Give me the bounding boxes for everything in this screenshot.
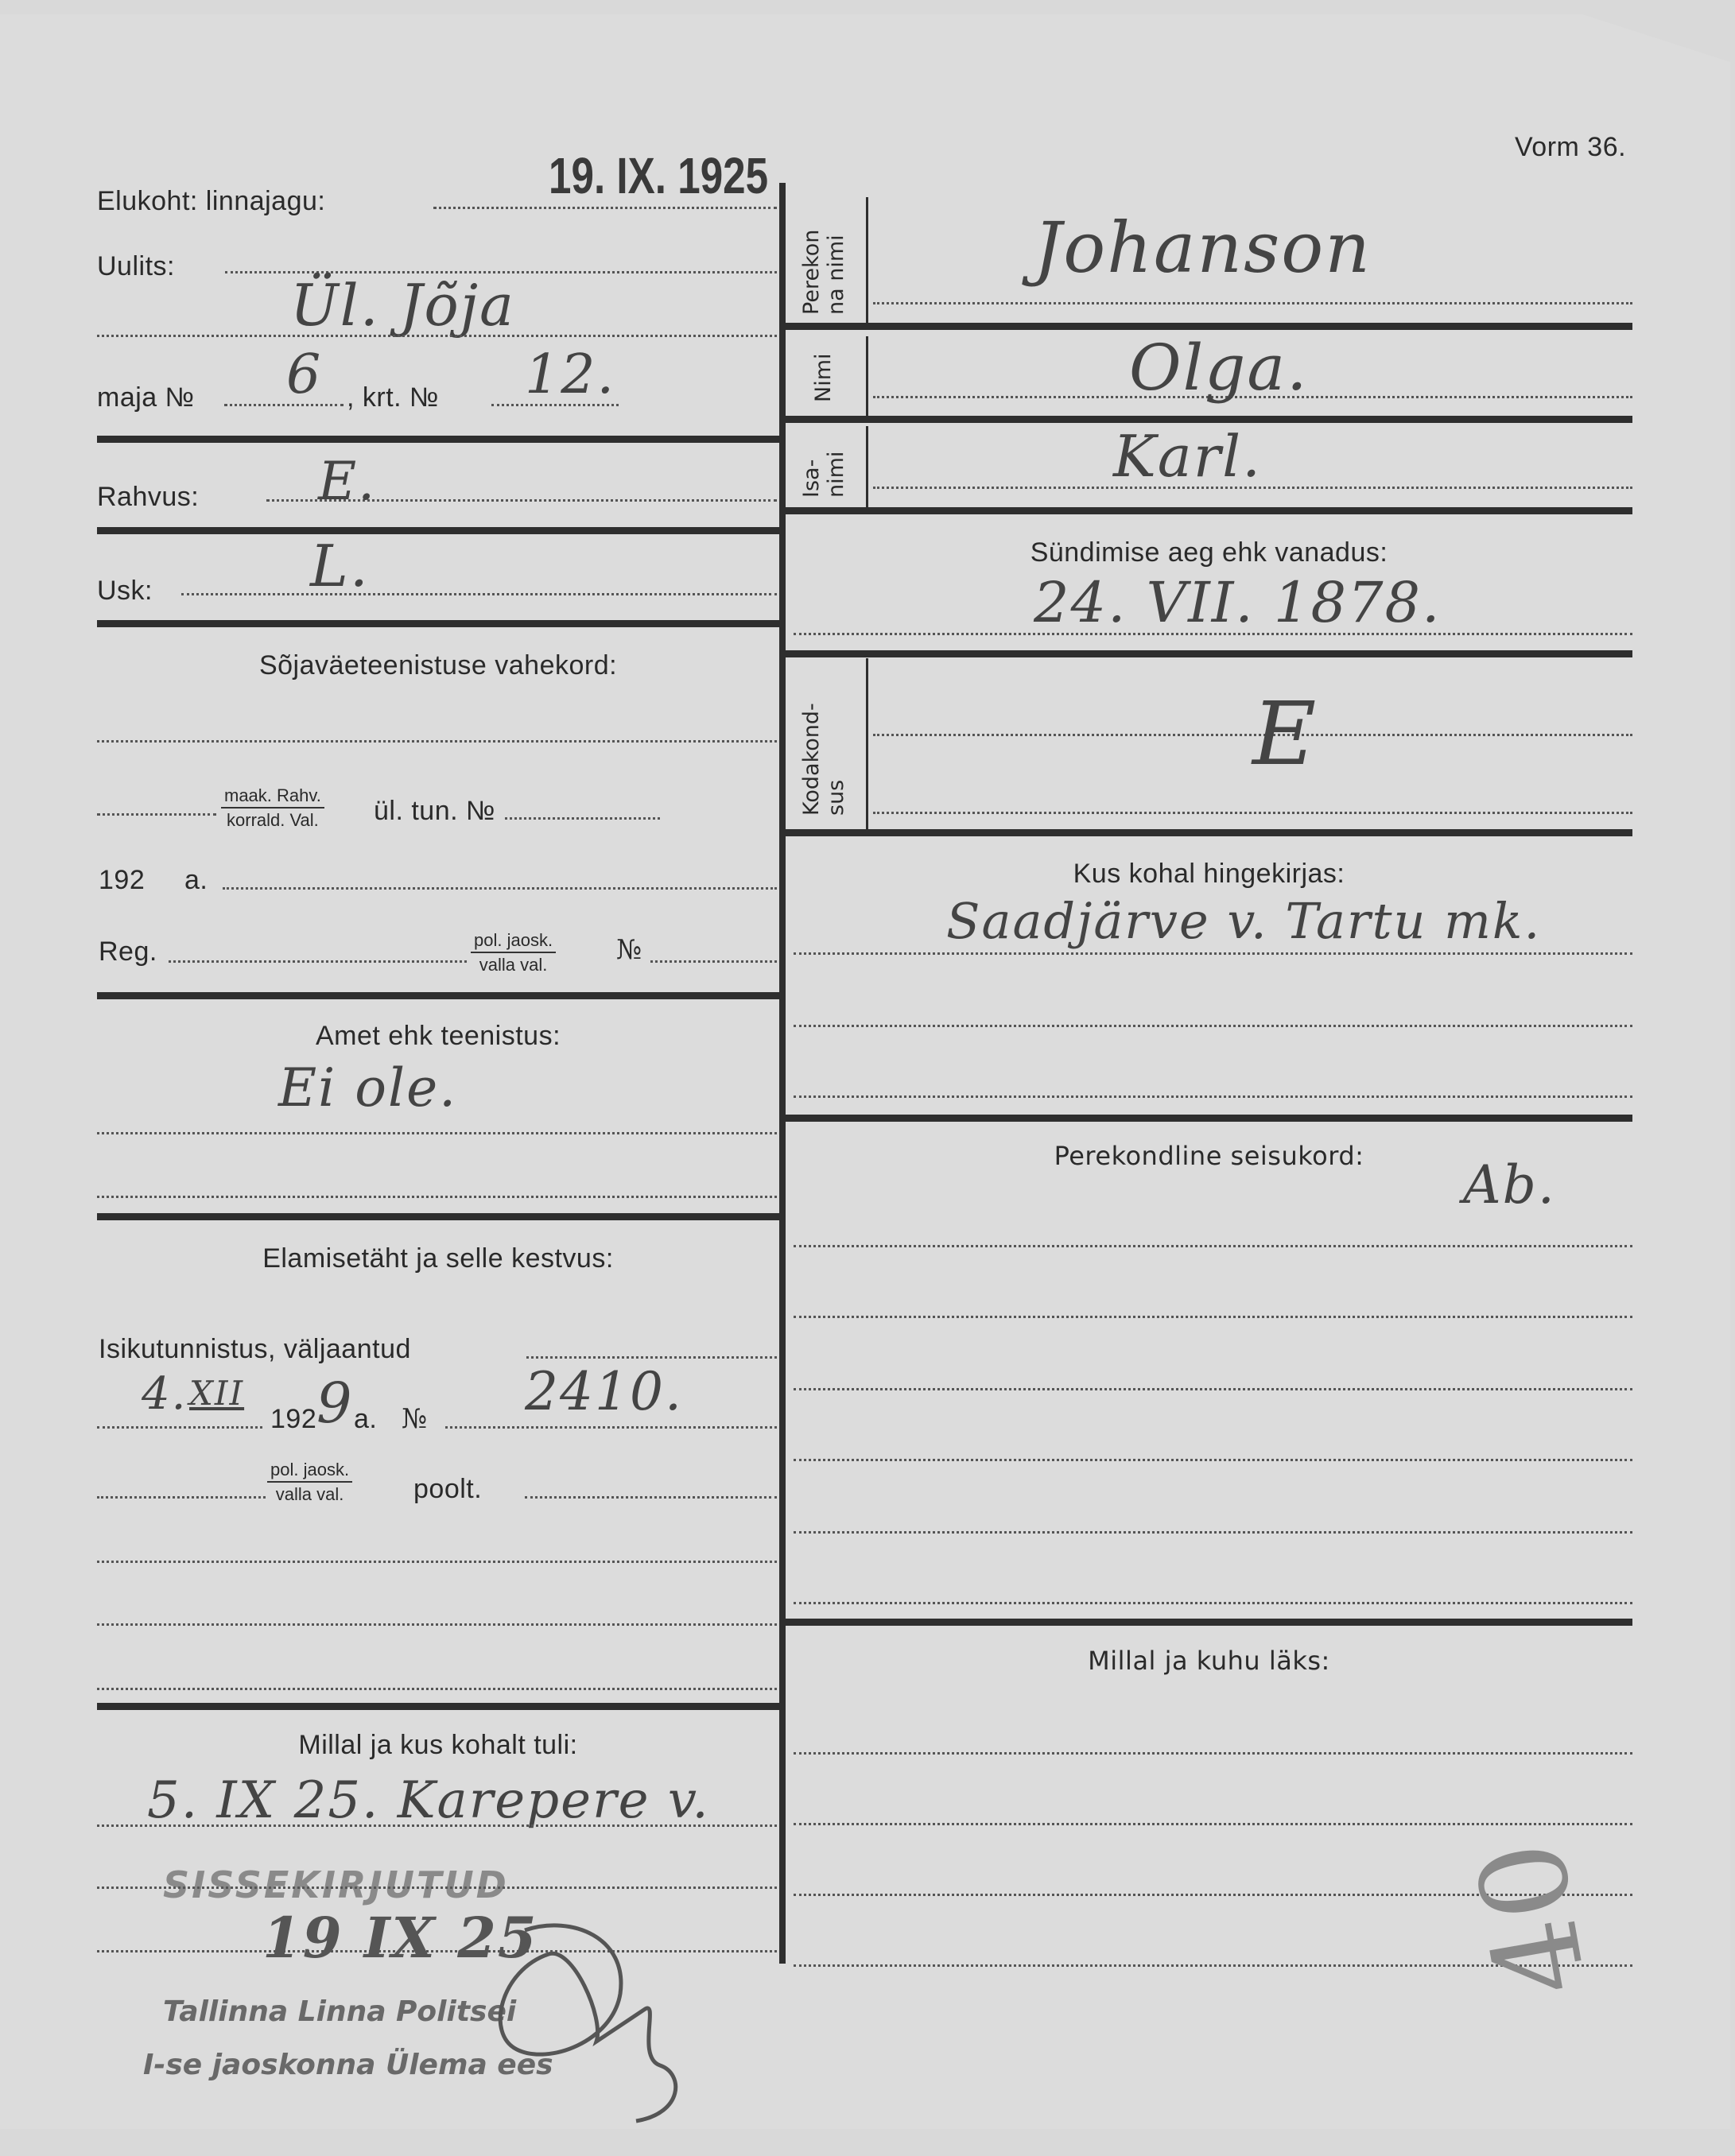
perekondline-value: Ab. [1463, 1159, 1556, 1212]
maak-korrald-fraction: maak. Rahv. korrald. Val. [221, 785, 324, 831]
isanimi-value: Karl. [1113, 428, 1262, 485]
reg-no-field[interactable] [650, 960, 777, 963]
issuer-field[interactable] [97, 1496, 266, 1499]
divider [786, 650, 1632, 657]
date-stamp: 19. IX. 1925 [549, 146, 768, 205]
amet-value: Ei ole. [278, 1062, 457, 1115]
pol-valla-fraction: pol. jaosk. valla val. [471, 930, 556, 975]
perekondline-field-5[interactable] [794, 1531, 1632, 1534]
frac-bottom: korrald. Val. [221, 808, 324, 830]
sojavae-field[interactable] [97, 740, 777, 743]
divider [786, 323, 1632, 330]
perekondline-field[interactable] [794, 1245, 1632, 1247]
label-divider [866, 658, 868, 829]
pencil-note: 40 [1461, 1832, 1605, 2005]
form-paper: Vorm 36. 19. IX. 1925 Elukoht: linnajagu… [0, 14, 1730, 2129]
maja-label: maja № [97, 384, 195, 411]
nimi-label: Nimi [811, 353, 836, 402]
krt-value: 12. [525, 348, 615, 402]
elamiseteht-field-3[interactable] [97, 1688, 777, 1690]
elamiseteht-label: Elamisetäht ja selle kestvus: [97, 1245, 779, 1272]
krt-label: , krt. № [347, 384, 439, 411]
millal-tuli-field[interactable] [97, 1824, 777, 1827]
hingekiri-field-2[interactable] [794, 1025, 1632, 1027]
usk-field[interactable] [181, 593, 777, 595]
perekondline-field-3[interactable] [794, 1388, 1632, 1390]
stamp-line1: SISSEKIRJUTUD [163, 1867, 509, 1903]
label-divider [866, 197, 868, 326]
issued-day: 4. [142, 1372, 187, 1417]
ul-tun-label: ül. tun. № [374, 797, 495, 824]
frac-top: pol. jaosk. [471, 930, 556, 953]
reg-label: Reg. [99, 938, 157, 965]
uulits-label: Uulits: [97, 253, 175, 280]
perekonnanimi-field[interactable] [873, 302, 1632, 304]
divider [97, 436, 779, 443]
label-divider [866, 426, 868, 510]
maja-value: 6 [286, 348, 322, 402]
millal-laks-label: Millal ja kuhu läks: [786, 1648, 1632, 1673]
poolt-field[interactable] [525, 1496, 777, 1499]
id-no-label: № [402, 1406, 428, 1433]
isikutunnistus-field[interactable] [526, 1356, 777, 1359]
id-number-field[interactable] [445, 1426, 777, 1429]
issued-year-prefix: 192 [270, 1406, 316, 1433]
document-page: Vorm 36. 19. IX. 1925 Elukoht: linnajagu… [0, 0, 1735, 2156]
issued-year-digit: 9 [316, 1375, 354, 1431]
sundimise-label: Sündimise aeg ehk vanadus: [786, 539, 1632, 566]
label-line: Kodakond- [799, 703, 824, 816]
divider [97, 1213, 779, 1220]
perekondline-field-6[interactable] [794, 1602, 1632, 1604]
divider [97, 992, 779, 999]
form-number: Vorm 36. [1515, 134, 1626, 161]
sojavae-field-2[interactable] [97, 813, 216, 816]
issued-month: XII [189, 1377, 244, 1410]
divider [97, 620, 779, 627]
stamp-line2: Tallinna Linna Politsei [163, 1998, 516, 2026]
perekonnanimi-label: Perekonna nimi [799, 230, 848, 315]
maja-field[interactable] [224, 404, 344, 406]
amet-field-2[interactable] [97, 1196, 777, 1198]
elamiseteht-field[interactable] [97, 1561, 777, 1563]
rahvus-value: E. [318, 456, 376, 508]
issuer-fraction: pol. jaosk. valla val. [267, 1460, 352, 1505]
year-suffix: a. [184, 867, 208, 894]
nimi-value: Olga. [1129, 336, 1309, 400]
label-line: Isa- [799, 452, 824, 498]
divider [786, 1115, 1632, 1122]
perekondline-field-4[interactable] [794, 1459, 1632, 1461]
perekonnanimi-value: Johanson [1034, 213, 1372, 283]
frac-bottom: valla val. [471, 953, 556, 975]
hingekiri-field-3[interactable] [794, 1095, 1632, 1098]
year-prefix: 192 [99, 867, 145, 894]
label-line: na nimi [824, 230, 848, 315]
amet-label: Amet ehk teenistus: [97, 1022, 779, 1049]
usk-value: L. [310, 537, 370, 595]
millal-tuli-label: Millal ja kus kohalt tuli: [97, 1731, 779, 1759]
isanimi-label: Isa-nimi [799, 452, 848, 498]
uulits-value: Ül. Jõja [290, 277, 515, 334]
signature-icon [477, 1922, 700, 2129]
elamiseteht-field-2[interactable] [97, 1623, 777, 1626]
elukoht-label: Elukoht: linnajagu: [97, 188, 325, 215]
sojavae-label: Sõjaväeteenistuse vahekord: [97, 652, 779, 679]
center-divider [779, 183, 786, 1964]
label-divider [866, 336, 868, 420]
divider [786, 507, 1632, 514]
amet-field[interactable] [97, 1132, 777, 1134]
kodakondsus-label: Kodakond-sus [799, 703, 848, 816]
millal-laks-field[interactable] [794, 1752, 1632, 1755]
elukoht-field[interactable] [433, 207, 777, 209]
divider [786, 829, 1632, 836]
hingekiri-value: Saadjärve v. Tartu mk. [946, 897, 1541, 946]
year-field[interactable] [223, 887, 777, 890]
rahvus-label: Rahvus: [97, 483, 199, 510]
label-line: nimi [824, 452, 848, 498]
hingekiri-label: Kus kohal hingekirjas: [786, 860, 1632, 887]
uulits-field-line2[interactable] [97, 335, 777, 337]
issued-year-suffix: a. [354, 1406, 377, 1433]
divider [786, 416, 1632, 423]
divider [97, 527, 779, 534]
label-line: sus [824, 703, 848, 816]
millal-tuli-value: 5. IX 25. Karepere v. [147, 1775, 710, 1826]
kodakondsus-value: E [1252, 690, 1318, 777]
frac-top: pol. jaosk. [267, 1460, 352, 1483]
sundimise-value: 24. VII. 1878. [1034, 575, 1441, 630]
frac-bottom: valla val. [267, 1483, 352, 1504]
hingekiri-field[interactable] [794, 952, 1632, 955]
usk-label: Usk: [97, 577, 153, 604]
perekondline-field-2[interactable] [794, 1316, 1632, 1318]
reg-field[interactable] [169, 960, 467, 963]
label-line: Perekon [799, 230, 824, 315]
ul-tun-field[interactable] [505, 817, 660, 820]
poolt-label: poolt. [413, 1475, 482, 1503]
reg-no-label: № [616, 936, 642, 964]
frac-top: maak. Rahv. [221, 785, 324, 808]
sundimise-field[interactable] [794, 633, 1632, 635]
issued-date-field[interactable] [97, 1426, 262, 1429]
id-number-value: 2410. [525, 1366, 683, 1418]
kodakondsus-field-2[interactable] [873, 812, 1632, 814]
isikutunnistus-label: Isikutunnistus, väljaantud [99, 1336, 411, 1363]
divider [786, 1619, 1632, 1626]
millal-laks-field-2[interactable] [794, 1823, 1632, 1825]
divider [97, 1703, 779, 1710]
